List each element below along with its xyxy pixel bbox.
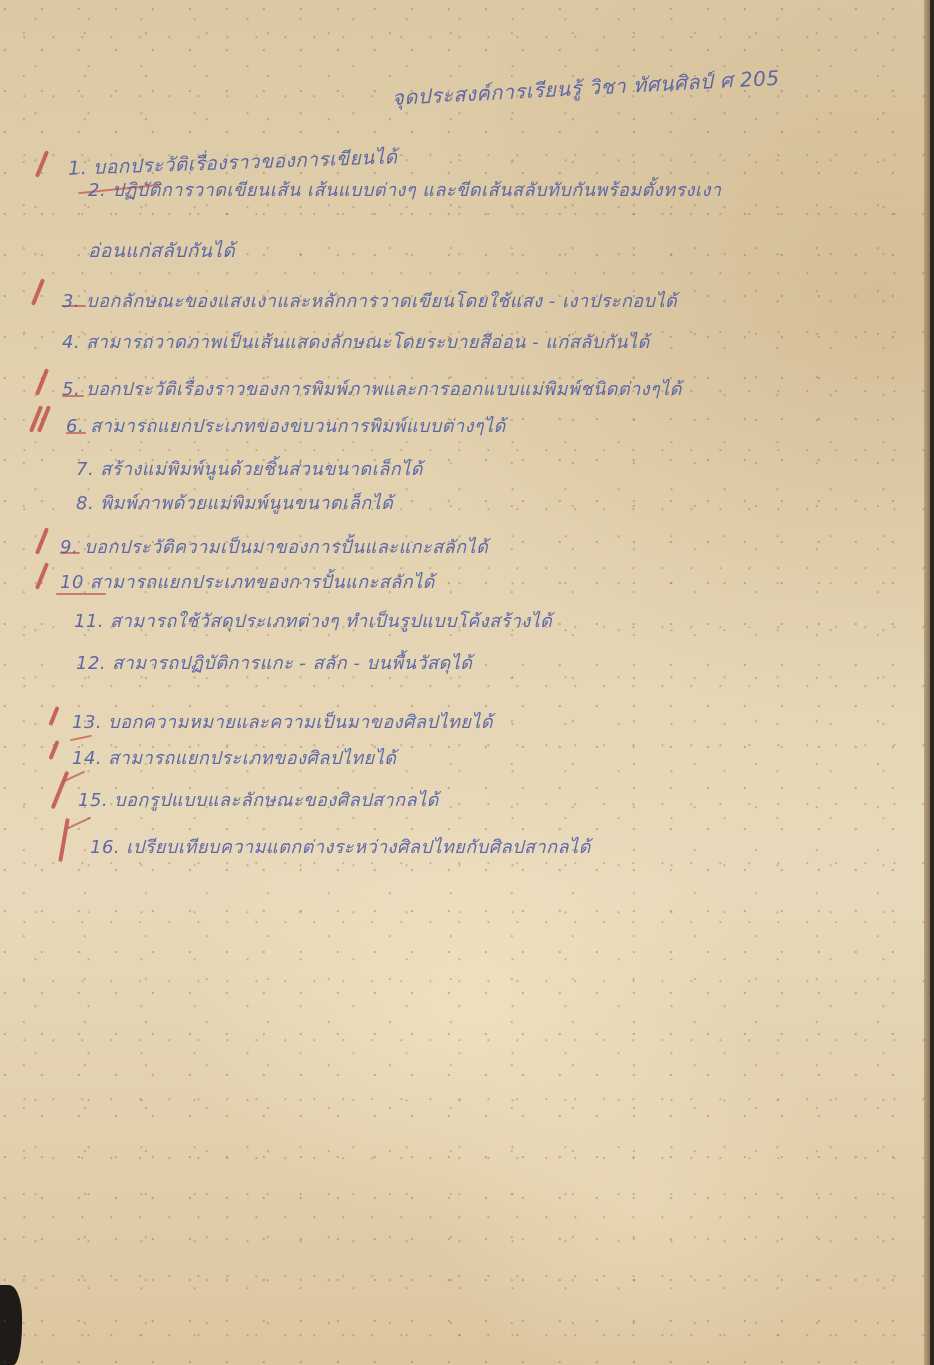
objective-2: 2.ปฏิบัติการวาดเขียนเส้น เส้นแบบต่างๆ แล… (88, 175, 721, 204)
check-mark-icon (48, 740, 59, 760)
check-mark-icon (51, 771, 70, 810)
objective-15: 15.บอกรูปแบบและลักษณะของศิลปสากลได้ (78, 785, 439, 814)
paper-page: จุดประสงค์การเรียนรู้ วิชา ทัศนศิลป์ ศ 2… (0, 0, 930, 1365)
objective-12: 12.สามารถปฏิบัติการแกะ - สลัก - บนพื้นวั… (76, 648, 472, 677)
check-mark-icon (35, 368, 49, 395)
objective-11: 11.สามารถใช้วัสดุประเภทต่างๆ ทำเป็นรูปแบ… (74, 606, 552, 635)
objective-7: 7.สร้างแม่พิมพ์นูนด้วยชิ้นส่วนขนาดเล็กได… (76, 454, 423, 483)
check-mark-icon (35, 527, 49, 554)
objective-13: 13.บอกความหมายและความเป็นมาของศิลปไทยได้ (72, 707, 493, 736)
check-mark-icon (48, 706, 59, 726)
objective-14: 14.สามารถแยกประเภทของศิลปไทยได้ (72, 743, 396, 772)
objective-9: 9.บอกประวัติความเป็นมาของการปั้นและแกะสล… (60, 532, 488, 561)
torn-corner (0, 1285, 22, 1365)
document-title: จุดประสงค์การเรียนรู้ วิชา ทัศนศิลป์ ศ 2… (391, 62, 780, 114)
objective-10: 10สามารถแยกประเภทของการปั้นแกะสลักได้ (60, 567, 435, 596)
page-edge (924, 0, 930, 1365)
objective-5: 5.บอกประวัติเรื่องราวของการพิมพ์ภาพและกา… (62, 374, 682, 403)
red-underline (67, 817, 91, 830)
objective-8: 8.พิมพ์ภาพด้วยแม่พิมพ์นูนขนาดเล็กได้ (76, 488, 393, 517)
check-mark-icon (35, 562, 49, 589)
objective-16: 16.เปรียบเทียบความแตกต่างระหว่างศิลปไทยก… (90, 832, 591, 861)
check-mark-icon (58, 818, 70, 862)
check-mark-icon (31, 278, 45, 305)
objective-2-continued: อ่อนแก่สลับกันได้ (88, 236, 235, 266)
objective-4: 4.สามารถวาดภาพเป็นเส้นแสดงลักษณะโดยระบาย… (62, 327, 650, 356)
check-mark-icon (35, 150, 49, 177)
objective-3: 3.บอกลักษณะของแสงเงาและหลักการวาดเขียนโด… (62, 286, 677, 315)
objective-6: 6.สามารถแยกประเภทของขบวนการพิมพ์แบบต่างๆ… (66, 411, 506, 440)
